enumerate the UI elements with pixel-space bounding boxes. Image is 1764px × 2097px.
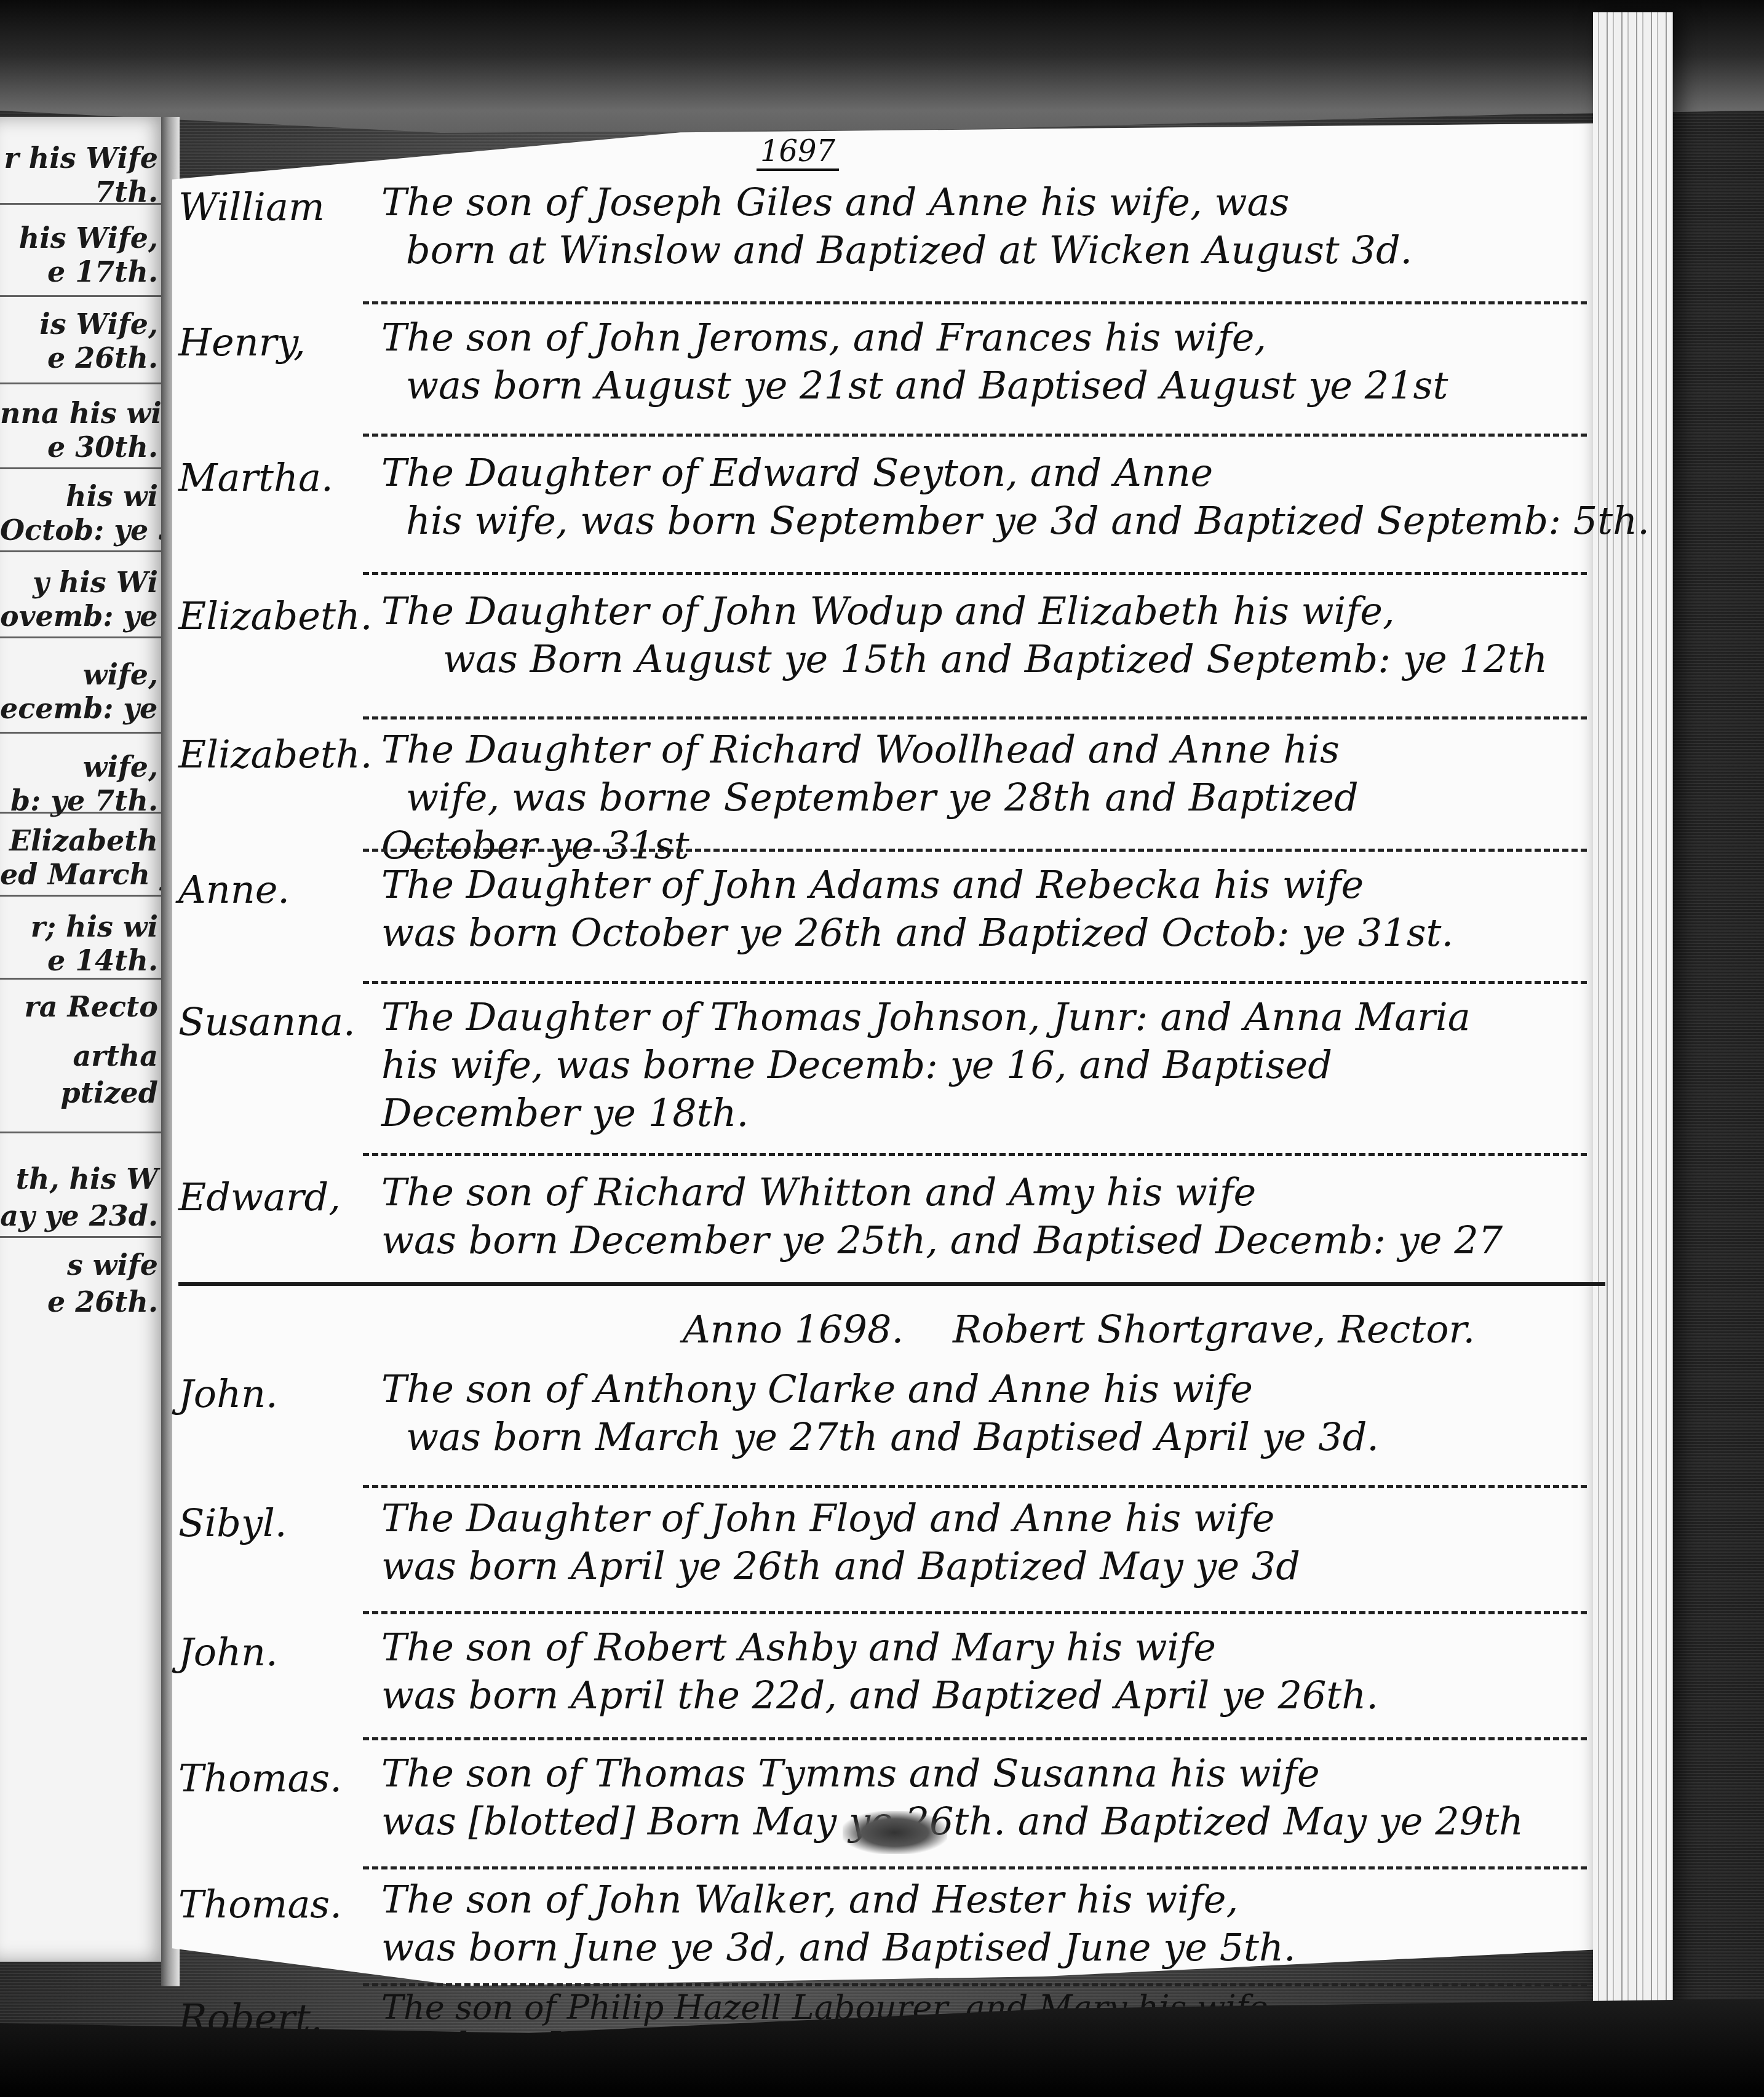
section-header: Anno 1698. Robert Shortgrave, Rector.	[683, 1307, 1512, 1352]
left-fragment-line: is Wife,	[0, 307, 169, 341]
entry-line: was born March ye 27th and Baptised Apri…	[381, 1413, 1611, 1461]
left-fragment-line: e 17th.	[0, 255, 169, 288]
entry-divider	[363, 1485, 1587, 1488]
left-fragment-rule	[0, 1236, 169, 1238]
entry-text: The son of Joseph Giles and Anne his wif…	[381, 178, 1611, 274]
left-fragment-line: e 26th.	[0, 1285, 169, 1318]
left-fragment-rule	[0, 732, 169, 734]
rector-signature: Robert Shortgrave, Rector.	[953, 1307, 1475, 1352]
entry-text: The Daughter of Thomas Johnson, Junr: an…	[381, 993, 1611, 1137]
entry-line: was born October ye 26th and Baptized Oc…	[381, 909, 1611, 957]
left-fragment-rule	[0, 203, 169, 205]
left-fragment-line: ay ye 23d.	[0, 1199, 169, 1232]
left-fragment-line: y his Wi	[0, 566, 169, 599]
left-fragment-line: his wi	[0, 480, 169, 513]
entry-name: William	[178, 184, 387, 229]
entry-divider	[363, 301, 1587, 304]
left-fragment-rule	[0, 550, 169, 552]
entry-text: The Daughter of John Adams and Rebecka h…	[381, 861, 1611, 957]
entry-name: Thomas.	[178, 1756, 387, 1801]
left-page-fragment: r his Wife 7th. his Wife, e 17th. is Wif…	[0, 117, 169, 1962]
entry-divider	[363, 1153, 1587, 1156]
entry-text: The Daughter of John Wodup and Elizabeth…	[381, 587, 1611, 683]
entry-line: born at Winslow and Baptized at Wicken A…	[381, 226, 1611, 274]
entry-line: was born June ye 3d, and Baptised June y…	[381, 1924, 1611, 1972]
entry-divider	[363, 1983, 1587, 1986]
entry-divider	[363, 1611, 1587, 1614]
entry-text: The son of Thomas Tymms and Susanna his …	[381, 1750, 1611, 1845]
entry-divider	[363, 1866, 1587, 1869]
left-fragment-line: r; his wi	[0, 910, 169, 943]
left-fragment-line: artha	[0, 1039, 169, 1072]
entry-line: was born April the 22d, and Baptized Apr…	[381, 1671, 1611, 1719]
entry-line: December ye 18th.	[381, 1089, 1611, 1137]
left-fragment-line: Octob: ye 5th.	[0, 513, 169, 547]
left-fragment-line: s wife	[0, 1248, 169, 1282]
entry-line: his wife, was born September ye 3d and B…	[381, 497, 1611, 545]
entry-line: The son of Joseph Giles and Anne his wif…	[381, 178, 1611, 226]
entry-line: The son of John Walker, and Hester his w…	[381, 1876, 1611, 1924]
left-fragment-rule	[0, 467, 169, 469]
entry-line: The Daughter of Thomas Johnson, Junr: an…	[381, 993, 1611, 1041]
entry-name: Elizabeth.	[178, 732, 387, 777]
left-fragment-line: ra Recto	[0, 990, 169, 1023]
entry-line: his wife, was borne Decemb: ye 16, and B…	[381, 1041, 1611, 1089]
entry-text: The Daughter of John Floyd and Anne his …	[381, 1494, 1611, 1590]
entry-line: wife, was borne September ye 28th and Ba…	[381, 774, 1611, 822]
entry-line: was [blotted] Born May ye 26th. and Bapt…	[381, 1798, 1611, 1845]
left-fragment-line: e 26th.	[0, 341, 169, 375]
left-fragment-line: Elizabeth	[0, 824, 169, 857]
entry-divider	[363, 434, 1587, 437]
entry-name: Henry,	[178, 320, 387, 365]
ink-blot	[843, 1811, 947, 1854]
left-fragment-line: ecemb: ye 3	[0, 692, 169, 725]
left-fragment-line: ovemb: ye 2	[0, 600, 169, 633]
entry-line: The Daughter of John Adams and Rebecka h…	[381, 861, 1611, 909]
entry-line: The Daughter of Richard Woollhead and An…	[381, 726, 1611, 774]
entry-name: Susanna.	[178, 999, 387, 1044]
left-fragment-line: r his Wife	[0, 141, 169, 175]
entry-text: The Daughter of Richard Woollhead and An…	[381, 726, 1611, 870]
left-fragment-rule	[0, 636, 169, 638]
entry-line: The son of John Jeroms, and Frances his …	[381, 314, 1611, 362]
entry-name: John.	[178, 1630, 387, 1675]
entry-text: The son of Robert Ashby and Mary his wif…	[381, 1623, 1611, 1719]
entry-line: The Daughter of John Floyd and Anne his …	[381, 1494, 1611, 1542]
entry-divider	[363, 981, 1587, 984]
entry-name: Anne.	[178, 867, 387, 912]
left-fragment-line: e 14th.	[0, 944, 169, 977]
entry-name: Elizabeth.	[178, 593, 387, 638]
left-fragment-line: his Wife,	[0, 221, 169, 255]
left-fragment-rule	[0, 895, 169, 897]
entry-text: The son of John Walker, and Hester his w…	[381, 1876, 1611, 1972]
left-fragment-line: ptized	[0, 1076, 169, 1109]
entry-name: Sibyl.	[178, 1500, 387, 1545]
entry-line: The son of Richard Whitton and Amy his w…	[381, 1168, 1611, 1216]
entry-line: The son of Anthony Clarke and Anne his w…	[381, 1365, 1611, 1413]
entry-line: The Daughter of Edward Seyton, and Anne	[381, 449, 1611, 497]
entry-divider	[363, 716, 1587, 719]
entry-text: The son of John Jeroms, and Frances his …	[381, 314, 1611, 410]
left-fragment-rule	[0, 383, 169, 384]
entry-line: was born December ye 25th, and Baptised …	[381, 1216, 1611, 1264]
section-year: Anno 1698.	[683, 1307, 904, 1352]
section-divider	[178, 1282, 1605, 1286]
entry-name: Martha.	[178, 455, 387, 500]
left-fragment-line: e 30th.	[0, 430, 169, 464]
entry-line: was born August ye 21st and Baptised Aug…	[381, 362, 1611, 410]
entry-divider	[363, 1737, 1587, 1740]
left-fragment-rule	[0, 1132, 169, 1133]
entry-line: The son of Robert Ashby and Mary his wif…	[381, 1623, 1611, 1671]
entry-name: John.	[178, 1371, 387, 1416]
entry-divider	[363, 572, 1587, 575]
entry-name: Thomas.	[178, 1882, 387, 1927]
left-fragment-line: ed March ye	[0, 858, 169, 891]
entry-line: The son of Thomas Tymms and Susanna his …	[381, 1750, 1611, 1798]
left-fragment-line: nna his wi	[0, 397, 169, 430]
entry-text: The Daughter of Edward Seyton, and Anne …	[381, 449, 1611, 545]
left-fragment-rule	[0, 295, 169, 297]
entry-divider	[363, 849, 1587, 852]
entry-line: The Daughter of John Wodup and Elizabeth…	[381, 587, 1611, 635]
entry-line: was born April ye 26th and Baptized May …	[381, 1542, 1611, 1590]
left-fragment-line: th, his W	[0, 1162, 169, 1195]
left-fragment-rule	[0, 812, 169, 814]
entry-text: The son of Richard Whitton and Amy his w…	[381, 1168, 1611, 1264]
year-header: 1697	[757, 134, 839, 171]
entry-name: Edward,	[178, 1175, 387, 1219]
left-fragment-rule	[0, 978, 169, 980]
left-fragment-line: wife,	[0, 750, 169, 783]
entry-line: was Born August ye 15th and Baptized Sep…	[381, 635, 1611, 683]
left-fragment-line: wife,	[0, 658, 169, 691]
entry-text: The son of Anthony Clarke and Anne his w…	[381, 1365, 1611, 1461]
